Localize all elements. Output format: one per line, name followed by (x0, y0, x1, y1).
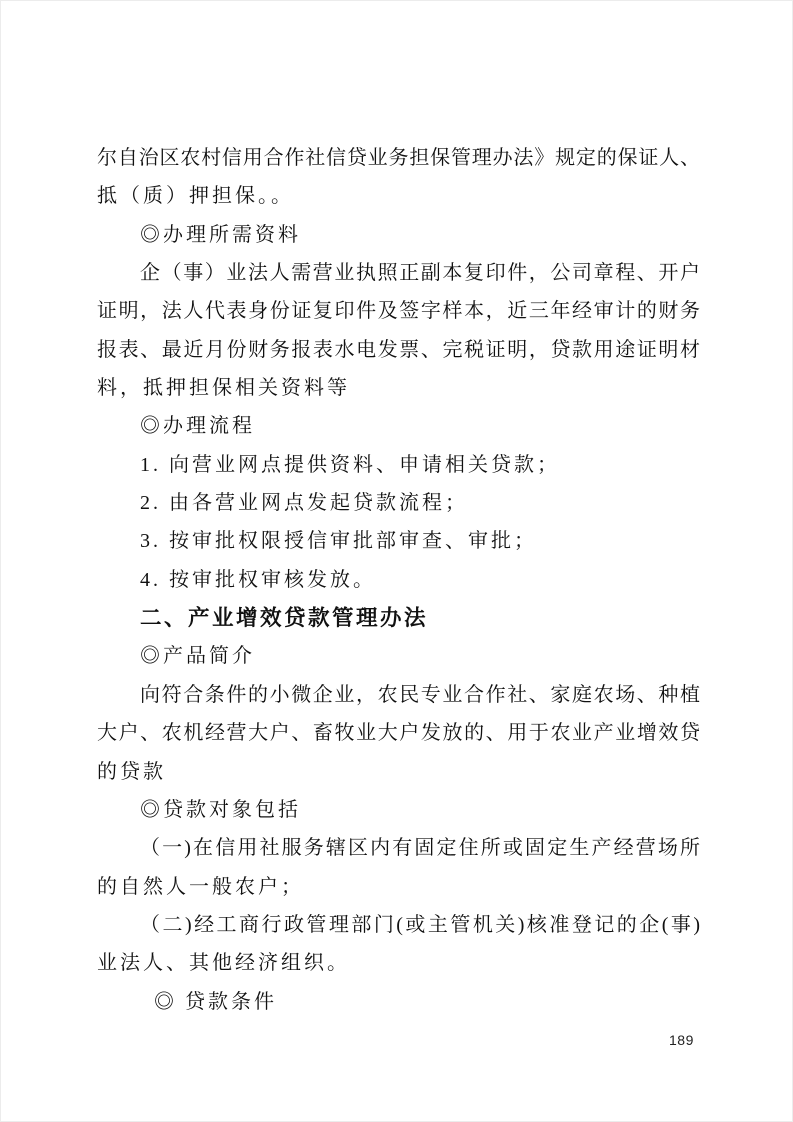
text-line: 证明，法人代表身份证复印件及签字样本，近三年经审计的财务 (97, 292, 700, 330)
text-line: 抵（质）押担保。。 (97, 177, 700, 215)
text-line: 报表、最近月份财务报表水电发票、完税证明，贷款用途证明材 (97, 331, 700, 369)
text-line: （二)经工商行政管理部门(或主管机关)核准登记的企(事) (97, 906, 700, 944)
list-item: 2. 由各营业网点发起贷款流程； (97, 484, 700, 522)
text-line: 尔自治区农村信用合作社信贷业务担保管理办法》规定的保证人、 (97, 139, 700, 177)
document-page: { "page": { "number": "189" }, "document… (0, 0, 793, 1122)
section-heading: 二、产业增效贷款管理办法 (97, 599, 700, 637)
list-item: 4. 按审批权审核发放。 (97, 561, 700, 599)
text-line: （一)在信用社服务辖区内有固定住所或固定生产经营场所 (97, 829, 700, 867)
text-line: 料，抵押担保相关资料等 (97, 369, 700, 407)
bullet-subheading: ◎产品简介 (97, 637, 700, 675)
list-item: 1. 向营业网点提供资料、申请相关贷款； (97, 446, 700, 484)
bullet-subheading: ◎ 贷款条件 (97, 983, 700, 1021)
text-line: 大户、农机经营大户、畜牧业大户发放的、用于农业产业增效贷 (97, 714, 700, 752)
text-line: 企（事）业法人需营业执照正副本复印件，公司章程、开户 (97, 254, 700, 292)
bullet-subheading: ◎贷款对象包括 (97, 791, 700, 829)
text-line: 的自然人一般农户； (97, 868, 700, 906)
text-line: 的贷款 (97, 753, 700, 791)
document-body: 尔自治区农村信用合作社信贷业务担保管理办法》规定的保证人、 抵（质）押担保。。 … (97, 139, 700, 1021)
page-number: 189 (669, 1032, 694, 1048)
bullet-subheading: ◎办理流程 (97, 407, 700, 445)
text-line: 业法人、其他经济组织。 (97, 944, 700, 982)
bullet-subheading: ◎办理所需资料 (97, 216, 700, 254)
list-item: 3. 按审批权限授信审批部审查、审批； (97, 522, 700, 560)
text-line: 向符合条件的小微企业，农民专业合作社、家庭农场、种植 (97, 676, 700, 714)
